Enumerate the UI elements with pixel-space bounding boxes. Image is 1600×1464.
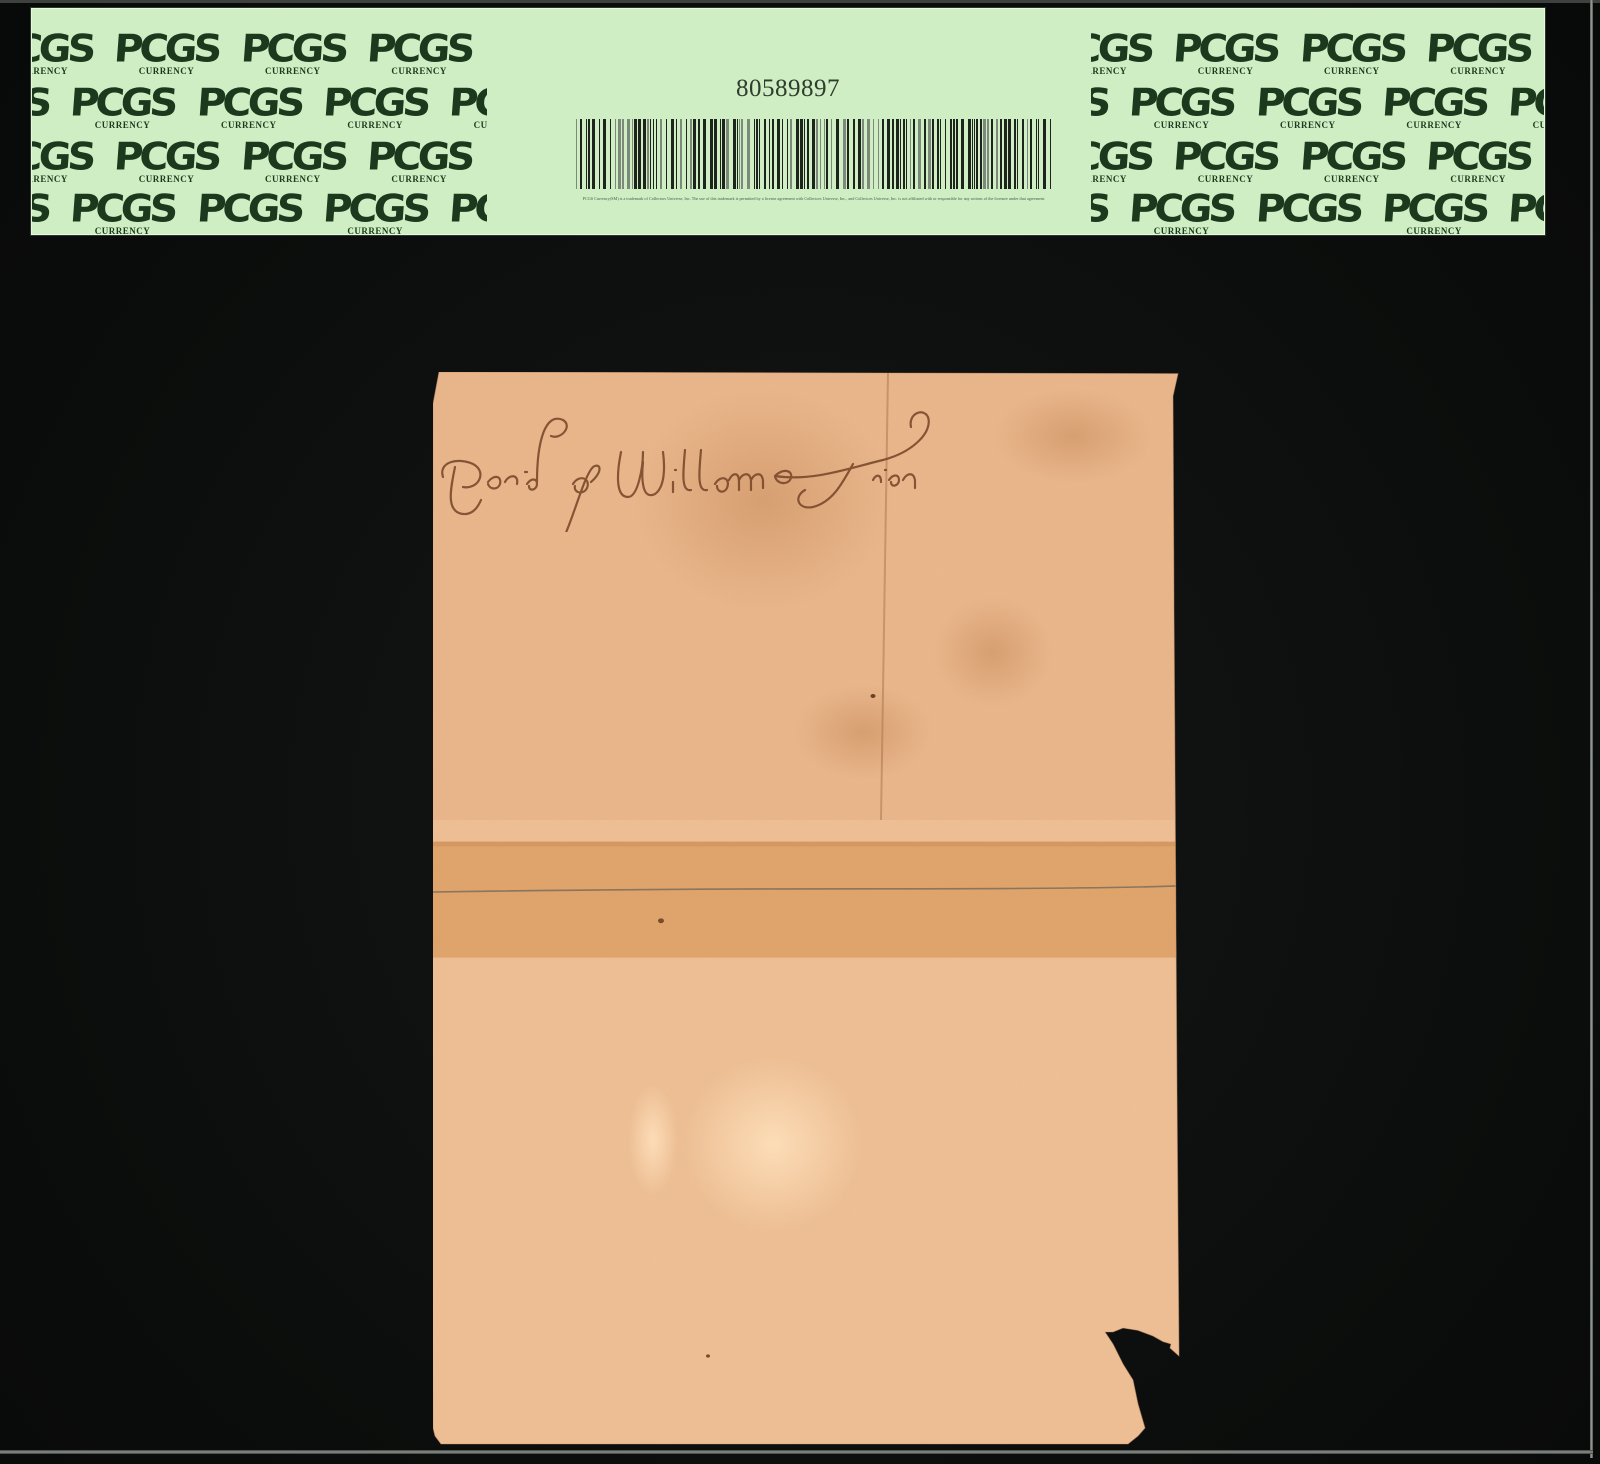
brand-logo: PCGSCURRENCY	[367, 29, 471, 76]
brand-logo: PCGSCURRENCY	[1426, 137, 1530, 184]
slab-holder: PCGSCURRENCYPCGSCURRENCYPCGSCURRENCYPCGS…	[0, 0, 1600, 1464]
brand-logo-row: PCGSCURRENCYPCGSCURRENCYPCGSCURRENCYPCGS…	[1091, 137, 1545, 184]
brand-logo-row: PCGSPCGSCURRENCYPCGSPCGSCURRENCYPCGSPCGS…	[32, 189, 487, 234]
brand-logo: PCGS	[32, 189, 48, 234]
brand-logo-row: PCGSCURRENCYPCGSCURRENCYPCGSCURRENCYPCGS…	[32, 29, 487, 76]
handwritten-endorsement: Rec'd of William Tryon	[433, 372, 993, 532]
certification-number: 80589897	[32, 75, 1544, 103]
brand-logo: PCGSCURRENCY	[32, 29, 92, 76]
brand-logo: PCGSCURRENCY	[114, 29, 218, 76]
brand-logo: PCGS	[449, 189, 487, 234]
brand-logo-row: PCGSPCGSCURRENCYPCGSPCGSCURRENCYPCGSPCGS…	[1091, 189, 1545, 234]
brand-logo: PCGSCURRENCY	[1426, 29, 1530, 76]
brand-logo: PCGSCURRENCY	[1091, 29, 1151, 76]
grading-label: PCGSCURRENCYPCGSCURRENCYPCGSCURRENCYPCGS…	[31, 8, 1545, 235]
brand-logo: PCGSCURRENCY	[367, 137, 471, 184]
brand-logo: PCGSCURRENCY	[1173, 29, 1277, 76]
brand-logo: PCGSCURRENCY	[32, 137, 92, 184]
holder-right-edge	[1590, 0, 1593, 1458]
brand-logo: PCGS	[1508, 189, 1545, 234]
brand-logo: PCGSCURRENCY	[114, 137, 218, 184]
holder-bottom-edge	[0, 1450, 1593, 1454]
brand-logo: PCGSCURRENCY	[323, 189, 427, 234]
note-paper	[433, 372, 1185, 1447]
brand-logo: PCGSCURRENCY	[1173, 137, 1277, 184]
brand-logo-row: PCGSCURRENCYPCGSCURRENCYPCGSCURRENCYPCGS…	[32, 137, 487, 184]
brand-logo: PCGSCURRENCY	[1091, 137, 1151, 184]
brand-logo: PCGS	[1256, 189, 1360, 234]
brand-logo: PCGSCURRENCY	[1300, 137, 1404, 184]
barcode	[576, 119, 1052, 189]
brand-logo-row: PCGSCURRENCYPCGSCURRENCYPCGSCURRENCYPCGS…	[1091, 29, 1545, 76]
trademark-fine-print: PCGS Currency(SM) is a trademark of Coll…	[576, 196, 1052, 202]
brand-logo: PCGSCURRENCY	[1300, 29, 1404, 76]
brand-logo: PCGSCURRENCY	[1382, 189, 1486, 234]
brand-logo: PCGSCURRENCY	[70, 189, 174, 234]
brand-logo: PCGSCURRENCY	[241, 137, 345, 184]
brand-logo: PCGSCURRENCY	[241, 29, 345, 76]
holder-top-edge	[0, 0, 1600, 3]
currency-note-back: Rec'd of William Tryon	[433, 372, 1185, 1447]
brand-logo: PCGSCURRENCY	[1129, 189, 1233, 234]
brand-logo: PCGS	[1091, 189, 1107, 234]
brand-logo-pattern-left: PCGSCURRENCYPCGSCURRENCYPCGSCURRENCYPCGS…	[32, 9, 487, 234]
brand-logo-pattern-right: PCGSCURRENCYPCGSCURRENCYPCGSCURRENCYPCGS…	[1091, 9, 1545, 234]
brand-logo: PCGS	[197, 189, 301, 234]
